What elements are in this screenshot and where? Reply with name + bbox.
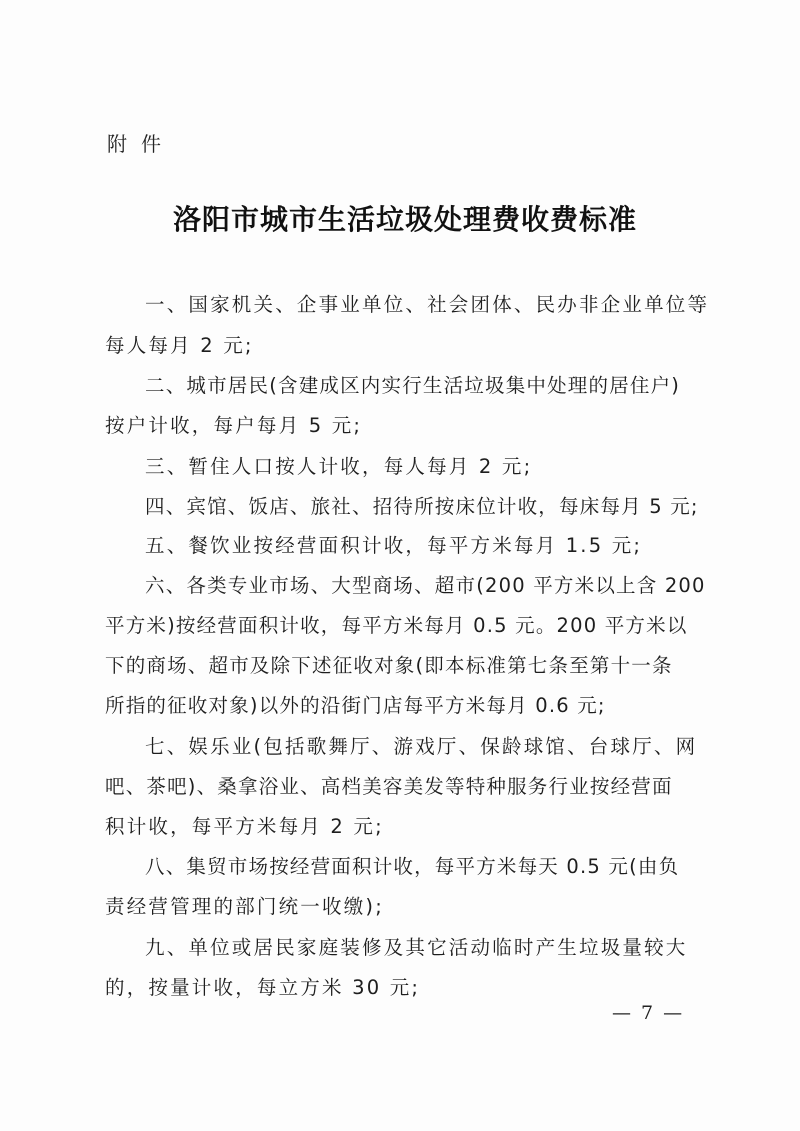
paragraph-5-line-1: 五、餐饮业按经营面积计收，每平方米每月 1.5 元; (145, 530, 745, 558)
paragraph-3-line-1: 三、暂住人口按人计收，每人每月 2 元; (145, 451, 745, 479)
paragraph-6-line-2: 平方米)按经营面积计收，每平方米每月 0.5 元。200 平方米以 (105, 610, 705, 638)
document-title: 洛阳市城市生活垃圾处理费收费标准 (0, 198, 800, 238)
paragraph-6-line-3: 下的商场、超市及除下述征收对象(即本标准第七条至第十一条 (105, 650, 705, 678)
paragraph-6-line-4: 所指的征收对象)以外的沿街门店每平方米每月 0.6 元; (105, 690, 705, 718)
paragraph-8-line-2: 责经营管理的部门统一收缴); (105, 891, 705, 919)
paragraph-7-line-1: 七、娱乐业(包括歌舞厅、游戏厅、保龄球馆、台球厅、网 (145, 731, 745, 759)
paragraph-7-line-3: 积计收，每平方米每月 2 元; (105, 811, 705, 839)
paragraph-6-line-1: 六、各类专业市场、大型商场、超市(200 平方米以上含 200 (145, 570, 745, 598)
paragraph-9-line-2: 的，按量计收，每立方米 30 元; (105, 972, 705, 1000)
paragraph-1-line-1: 一、国家机关、企事业单位、社会团体、民办非企业单位等 (145, 289, 745, 317)
page-number: — 7 — (612, 1002, 684, 1024)
paragraph-4-line-1: 四、宾馆、饭店、旅社、招待所按床位计收，每床每月 5 元; (145, 491, 745, 519)
paragraph-9-line-1: 九、单位或居民家庭装修及其它活动临时产生垃圾量较大 (145, 932, 745, 960)
paragraph-8-line-1: 八、集贸市场按经营面积计收，每平方米每天 0.5 元(由负 (145, 851, 745, 879)
paragraph-2-line-2: 按户计收，每户每月 5 元; (105, 410, 705, 438)
document-page: 附件 洛阳市城市生活垃圾处理费收费标准 一、国家机关、企事业单位、社会团体、民办… (0, 0, 800, 1131)
attachment-label: 附件 (107, 128, 175, 157)
paragraph-2-line-1: 二、城市居民(含建成区内实行生活垃圾集中处理的居住户) (145, 370, 745, 398)
paragraph-1-line-2: 每人每月 2 元; (105, 330, 705, 358)
paragraph-7-line-2: 吧、茶吧)、桑拿浴业、高档美容美发等特种服务行业按经营面 (105, 771, 705, 799)
